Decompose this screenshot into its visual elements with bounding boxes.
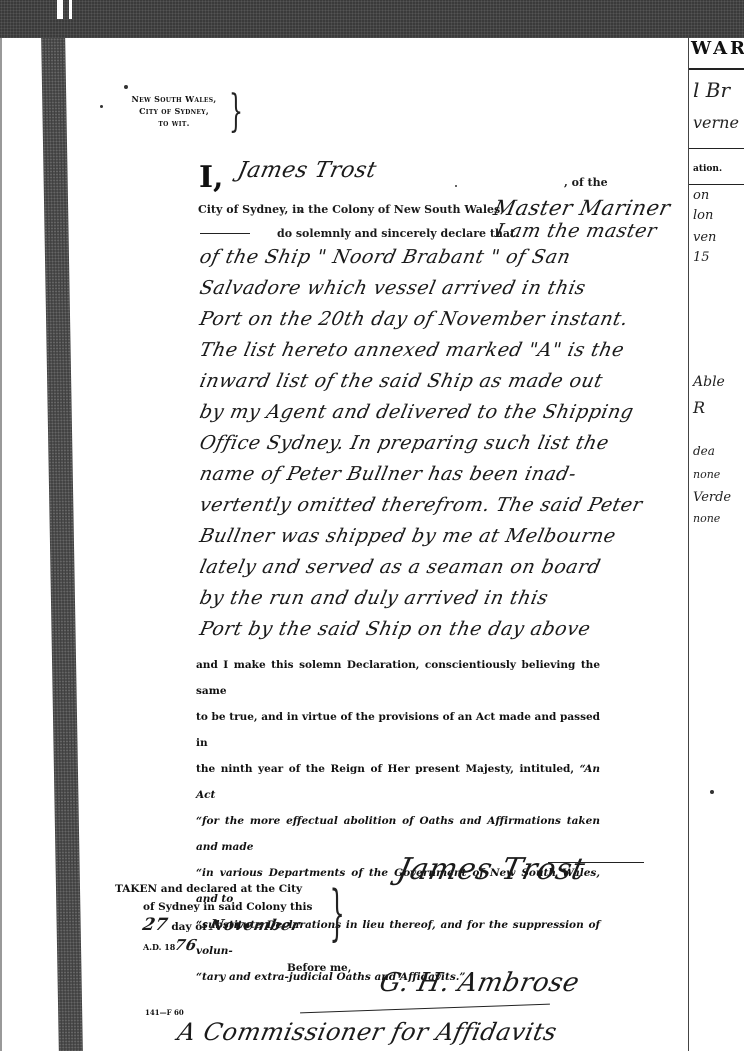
adjacent-fragment: verne [693, 113, 739, 132]
year-handwritten: 76 [173, 936, 199, 954]
signature-rule [548, 862, 644, 863]
scan-speck [710, 790, 714, 794]
witness-signature: G. H. Ambrose [377, 968, 582, 998]
scan-speck [124, 85, 128, 89]
rule [689, 184, 744, 185]
brace-glyph: } [329, 878, 344, 948]
jurisdiction-line: to wit. [114, 117, 234, 129]
year-line: A.D. 1876 [115, 936, 312, 956]
declaration-line: and I make this solemn Declaration, cons… [196, 652, 600, 704]
declarant-name: James Trost [235, 158, 378, 183]
form-number: 141—F 60 [145, 1008, 184, 1017]
taken-line: of Sydney in said Colony this [115, 898, 312, 916]
handwritten-line: Salvadore which vessel arrived in this [198, 277, 588, 299]
adjacent-fragment: dea [693, 444, 715, 458]
jurisdiction-line: New South Wales, [114, 93, 234, 105]
adjacent-print-fragment: ation. [693, 164, 722, 174]
jurisdiction-line: City of Sydney, [114, 105, 234, 117]
ad-prefix: A.D. 18 [143, 942, 175, 952]
handwritten-line: inward list of the said Ship as made out [198, 370, 605, 392]
adjacent-fragment: none [693, 468, 720, 481]
scan-left-edge [0, 38, 2, 1051]
scan-speck [300, 210, 302, 212]
declaration-text: the ninth year of the Reign of Her prese… [196, 763, 580, 775]
adjacent-fragment: Able [693, 374, 725, 390]
handwritten-line: by the run and duly arrived in this [198, 587, 551, 609]
taken-block: TAKEN and declared at the City of Sydney… [115, 880, 312, 956]
rule [689, 68, 744, 70]
adjacent-page-header: WAR [691, 38, 744, 59]
adjacent-fragment: none [693, 512, 720, 525]
before-me-text: Before me, [287, 962, 351, 974]
scan-speck [455, 185, 457, 187]
taken-day-line: 27 day of November [115, 916, 312, 936]
adjacent-fragment: 15 [693, 250, 710, 265]
witness-title: A Commissioner for Affidavits [175, 1018, 560, 1046]
occupation: Master Mariner [491, 196, 672, 220]
adjacent-fragment: Verde [693, 490, 731, 505]
adjacent-page: WAR l Br verne ation. on lon ven 15 Able… [688, 38, 744, 1051]
adjacent-fragment: R [693, 398, 705, 417]
scan-top-border [0, 0, 744, 38]
scan-notch [69, 0, 72, 19]
handwritten-line: of the Ship " Noord Brabant " of San [198, 246, 573, 268]
scan-speck [100, 105, 103, 108]
day-handwritten: 27 [141, 916, 169, 934]
handwritten-line: vertently omitted therefrom. The said Pe… [198, 494, 645, 516]
handwritten-line: by my Agent and delivered to the Shippin… [198, 401, 636, 423]
handwritten-line: I am the master [494, 220, 659, 242]
dash-rule [200, 233, 250, 234]
opening-letter: I, [199, 160, 223, 195]
day-of-text: day of [171, 921, 206, 933]
adjacent-fragment: lon [693, 208, 713, 223]
declare-phrase: do solemnly and sincerely declare that [277, 227, 515, 240]
handwritten-line: Bullner was shipped by me at Melbourne [198, 525, 618, 547]
declarant-signature: James Trost [394, 852, 588, 887]
adjacent-fragment: ven [693, 230, 716, 245]
scan-notch [57, 0, 63, 19]
handwritten-line: The list hereto annexed marked "A" is th… [198, 339, 627, 361]
handwritten-line: Port by the said Ship on the day above [198, 618, 593, 640]
handwritten-line: Office Sydney. In preparing such list th… [198, 432, 611, 454]
city-line: City of Sydney, in the Colony of New Sou… [198, 203, 504, 216]
declaration-line: the ninth year of the Reign of Her prese… [196, 756, 600, 808]
rule [689, 148, 744, 149]
handwritten-line: name of Peter Bullner has been inad- [198, 463, 579, 485]
month-handwritten: November [209, 916, 303, 934]
of-the-text: , of the [564, 176, 608, 189]
adjacent-fragment: on [693, 188, 709, 203]
handwritten-line: lately and served as a seaman on board [198, 556, 603, 578]
signature-rule [300, 1004, 550, 1014]
taken-line: TAKEN and declared at the City [115, 880, 312, 898]
brace-glyph: } [229, 86, 243, 137]
adjacent-fragment: l Br [693, 78, 730, 102]
book-spine-shadow [41, 38, 83, 1051]
declaration-line: to be true, and in virtue of the provisi… [196, 704, 600, 756]
handwritten-line: Port on the 20th day of November instant… [198, 308, 631, 330]
jurisdiction-block: New South Wales, City of Sydney, to wit. [114, 93, 234, 129]
